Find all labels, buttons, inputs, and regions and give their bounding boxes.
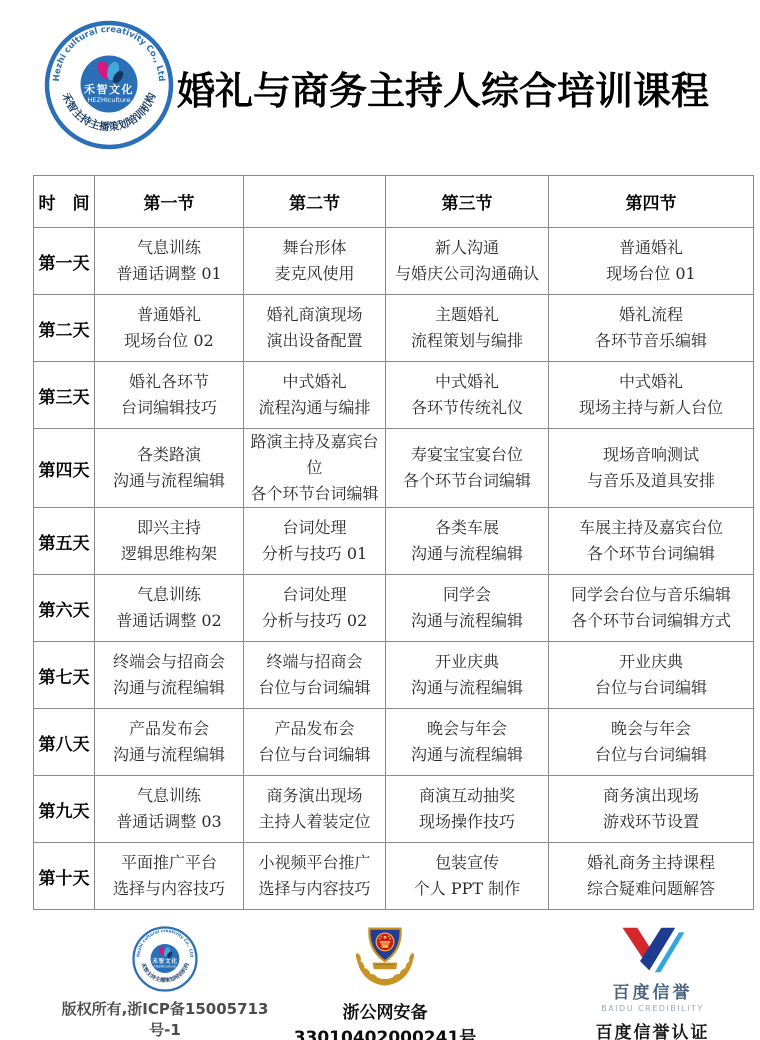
- table-row: 第一天气息训练普通话调整 01舞台形体麦克风使用新人沟通与婚庆公司沟通确认普通婚…: [34, 228, 754, 295]
- session-cell: 中式婚礼各环节传统礼仪: [386, 362, 549, 429]
- session-cell: 气息训练普通话调整 01: [95, 228, 244, 295]
- session-cell: 终端与招商会台位与台词编辑: [244, 642, 386, 709]
- icp-copyright-text: 版权所有,浙ICP备15005713号-1: [55, 998, 275, 1040]
- day-label: 第六天: [34, 575, 95, 642]
- session-cell: 小视频平台推广选择与内容技巧: [244, 843, 386, 910]
- baidu-credibility-cn-label: 百度信誉: [555, 978, 750, 1003]
- session-cell: 婚礼商演现场演出设备配置: [244, 295, 386, 362]
- session-cell: 开业庆典沟通与流程编辑: [386, 642, 549, 709]
- table-row: 第四天各类路演沟通与流程编辑路演主持及嘉宾台位各个环节台词编辑寿宴宝宝宴台位各个…: [34, 429, 754, 508]
- session-cell: 中式婚礼流程沟通与编排: [244, 362, 386, 429]
- day-label: 第三天: [34, 362, 95, 429]
- schedule-body: 第一天气息训练普通话调整 01舞台形体麦克风使用新人沟通与婚庆公司沟通确认普通婚…: [34, 228, 754, 910]
- day-label: 第七天: [34, 642, 95, 709]
- session-cell: 普通婚礼现场台位 01: [549, 228, 754, 295]
- col-header-session-4: 第四节: [549, 176, 754, 228]
- table-row: 第八天产品发布会沟通与流程编辑产品发布会台位与台词编辑晚会与年会沟通与流程编辑晚…: [34, 709, 754, 776]
- col-header-session-2: 第二节: [244, 176, 386, 228]
- session-cell: 主题婚礼流程策划与编排: [386, 295, 549, 362]
- session-cell: 气息训练普通话调整 03: [95, 776, 244, 843]
- session-cell: 商务演出现场主持人着装定位: [244, 776, 386, 843]
- session-cell: 婚礼流程各环节音乐编辑: [549, 295, 754, 362]
- session-cell: 气息训练普通话调整 02: [95, 575, 244, 642]
- col-header-session-3: 第三节: [386, 176, 549, 228]
- table-row: 第五天即兴主持逻辑思维构架台词处理分析与技巧 01各类车展沟通与流程编辑车展主持…: [34, 508, 754, 575]
- session-cell: 中式婚礼现场主持与新人台位: [549, 362, 754, 429]
- footer-baidu-block: 百度信誉 BAIDU CREDIBILITY 百度信誉认证: [555, 924, 750, 1040]
- session-cell: 普通婚礼现场台位 02: [95, 295, 244, 362]
- police-record-text: 浙公网安备 33010402000241号: [280, 998, 490, 1040]
- session-cell: 新人沟通与婚庆公司沟通确认: [386, 228, 549, 295]
- session-cell: 产品发布会台位与台词编辑: [244, 709, 386, 776]
- hezhi-logo: [55, 926, 275, 992]
- day-label: 第十天: [34, 843, 95, 910]
- session-cell: 台词处理分析与技巧 02: [244, 575, 386, 642]
- table-row: 第六天气息训练普通话调整 02台词处理分析与技巧 02同学会沟通与流程编辑同学会…: [34, 575, 754, 642]
- session-cell: 产品发布会沟通与流程编辑: [95, 709, 244, 776]
- session-cell: 同学会台位与音乐编辑各个环节台词编辑方式: [549, 575, 754, 642]
- session-cell: 台词处理分析与技巧 01: [244, 508, 386, 575]
- table-row: 第七天终端会与招商会沟通与流程编辑终端与招商会台位与台词编辑开业庆典沟通与流程编…: [34, 642, 754, 709]
- session-cell: 各类路演沟通与流程编辑: [95, 429, 244, 508]
- footer-copyright-block: 版权所有,浙ICP备15005713号-1: [55, 926, 275, 1040]
- session-cell: 舞台形体麦克风使用: [244, 228, 386, 295]
- session-cell: 婚礼各环节台词编辑技巧: [95, 362, 244, 429]
- table-header-row: 时 间 第一节 第二节 第三节 第四节: [34, 176, 754, 228]
- session-cell: 平面推广平台选择与内容技巧: [95, 843, 244, 910]
- baidu-credibility-en-label: BAIDU CREDIBILITY: [555, 1004, 750, 1013]
- session-cell: 商务演出现场游戏环节设置: [549, 776, 754, 843]
- session-cell: 路演主持及嘉宾台位各个环节台词编辑: [244, 429, 386, 508]
- footer-police-block: 浙公网安备 33010402000241号: [280, 922, 490, 1040]
- session-cell: 晚会与年会沟通与流程编辑: [386, 709, 549, 776]
- page: Hezhi cultural creativity Co., Ltd 禾智主持主…: [0, 0, 760, 1040]
- schedule-table: 时 间 第一节 第二节 第三节 第四节 第一天气息训练普通话调整 01舞台形体麦…: [33, 175, 754, 910]
- session-cell: 婚礼商务主持课程综合疑难问题解答: [549, 843, 754, 910]
- session-cell: 商演互动抽奖现场操作技巧: [386, 776, 549, 843]
- baidu-credibility-icon: [555, 924, 750, 976]
- session-cell: 同学会沟通与流程编辑: [386, 575, 549, 642]
- session-cell: 包装宣传个人 PPT 制作: [386, 843, 549, 910]
- baidu-certification-label: 百度信誉认证: [555, 1018, 750, 1040]
- session-cell: 即兴主持逻辑思维构架: [95, 508, 244, 575]
- hezhi-logo: [44, 20, 174, 150]
- police-badge-icon: [280, 922, 490, 990]
- session-cell: 车展主持及嘉宾台位各个环节台词编辑: [549, 508, 754, 575]
- day-label: 第五天: [34, 508, 95, 575]
- day-label: 第八天: [34, 709, 95, 776]
- session-cell: 寿宴宝宝宴台位各个环节台词编辑: [386, 429, 549, 508]
- session-cell: 现场音响测试与音乐及道具安排: [549, 429, 754, 508]
- session-cell: 终端会与招商会沟通与流程编辑: [95, 642, 244, 709]
- session-cell: 各类车展沟通与流程编辑: [386, 508, 549, 575]
- day-label: 第九天: [34, 776, 95, 843]
- col-header-session-1: 第一节: [95, 176, 244, 228]
- table-row: 第二天普通婚礼现场台位 02婚礼商演现场演出设备配置主题婚礼流程策划与编排婚礼流…: [34, 295, 754, 362]
- session-cell: 晚会与年会台位与台词编辑: [549, 709, 754, 776]
- day-label: 第四天: [34, 429, 95, 508]
- session-cell: 开业庆典台位与台词编辑: [549, 642, 754, 709]
- table-row: 第三天婚礼各环节台词编辑技巧中式婚礼流程沟通与编排中式婚礼各环节传统礼仪中式婚礼…: [34, 362, 754, 429]
- table-row: 第九天气息训练普通话调整 03商务演出现场主持人着装定位商演互动抽奖现场操作技巧…: [34, 776, 754, 843]
- day-label: 第一天: [34, 228, 95, 295]
- col-header-time: 时 间: [34, 176, 95, 228]
- page-title: 婚礼与商务主持人综合培训课程: [177, 60, 709, 115]
- table-row: 第十天平面推广平台选择与内容技巧小视频平台推广选择与内容技巧包装宣传个人 PPT…: [34, 843, 754, 910]
- day-label: 第二天: [34, 295, 95, 362]
